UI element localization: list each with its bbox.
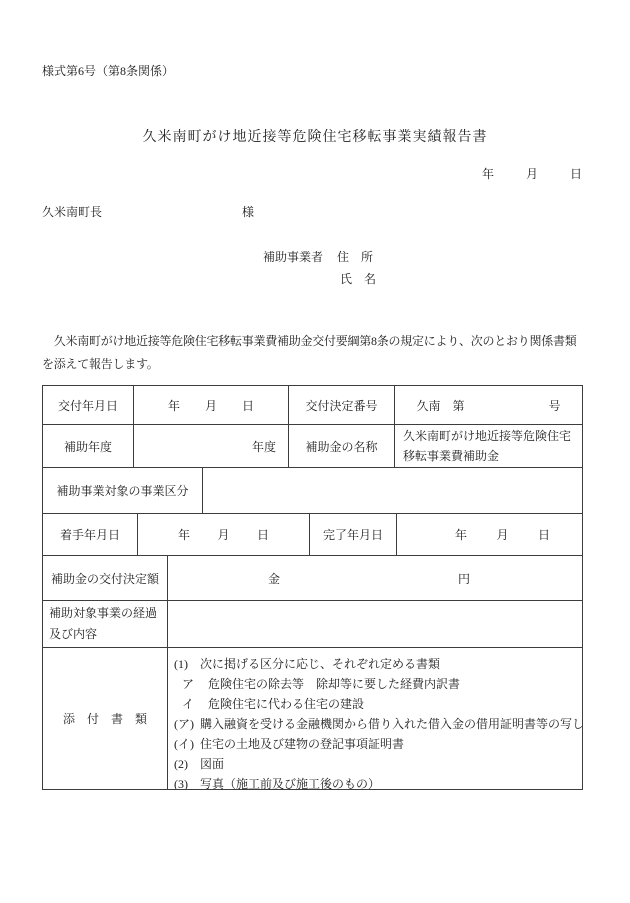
body-paragraph-line1: 久米南町がけ地近接等危険住宅移転事業費補助金交付要綱第8条の規定により、次のとお…	[42, 330, 587, 353]
year-unit: 年	[455, 526, 467, 543]
attachment-marker: イ	[182, 694, 208, 714]
month-unit: 月	[496, 526, 508, 543]
day-unit: 日	[242, 397, 254, 414]
decision-number-value: 久南 第 号	[394, 386, 582, 424]
body-paragraph: 久米南町がけ地近接等危険住宅移転事業費補助金交付要綱第8条の規定により、次のとお…	[42, 330, 587, 376]
attachment-text: 図面	[200, 757, 224, 771]
attachment-marker: (ア)	[174, 714, 200, 734]
month-unit: 月	[217, 526, 229, 543]
attachment-text: 危険住宅に代わる住宅の建設	[208, 697, 364, 711]
completion-date-value: 年 月 日	[396, 514, 582, 555]
attachment-text: 住宅の土地及び建物の登記事項証明書	[200, 737, 404, 751]
addressee-honorific: 様	[242, 203, 254, 220]
attachment-item: ア危険住宅の除去等 除却等に要した経費内訳書	[182, 674, 582, 694]
issue-date-value: 年 月 日	[133, 386, 288, 424]
month-unit: 月	[205, 397, 217, 414]
fiscal-year-value: 年度	[133, 425, 288, 467]
decision-number-label: 交付決定番号	[288, 386, 394, 424]
form-number: 様式第6号（第8条関係）	[42, 62, 174, 79]
attachment-text: 次に掲げる区分に応じ、それぞれ定める書類	[200, 657, 440, 671]
attachments-label: 添 付 書 類	[43, 648, 167, 789]
grant-amount-value: 金 円	[167, 556, 582, 600]
table-row-grant-amount: 補助金の交付決定額 金 円	[43, 555, 582, 600]
subsidy-name-text: 久米南町がけ地近接等危険住宅移転事業費補助金	[403, 426, 574, 466]
year-unit: 年	[168, 397, 180, 414]
attachment-text: 危険住宅の除去等 除却等に要した経費内訳書	[208, 677, 460, 691]
table-row-fiscal-year: 補助年度 年度 補助金の名称 久米南町がけ地近接等危険住宅移転事業費補助金	[43, 424, 582, 467]
amount-suffix: 円	[458, 570, 470, 587]
report-table: 交付年月日 年 月 日 交付決定番号 久南 第 号 補助年度 年度 補助金の名称…	[42, 385, 583, 790]
body-paragraph-line2: を添えて報告します。	[42, 353, 587, 376]
attachments-list: (1)次に掲げる区分に応じ、それぞれ定める書類 ア危険住宅の除去等 除却等に要し…	[167, 648, 582, 789]
progress-label: 補助対象事業の経過及び内容	[43, 601, 167, 647]
document-title: 久米南町がけ地近接等危険住宅移転事業実績報告書	[0, 126, 630, 146]
table-row-project-category: 補助事業対象の事業区分	[43, 467, 582, 513]
attachment-item: (ア)購入融資を受ける金融機関から借り入れた借入金の借用証明書等の写し	[174, 714, 582, 734]
progress-label-text: 補助対象事業の経過及び内容	[49, 603, 163, 645]
document-page: 様式第6号（第8条関係） 久米南町がけ地近接等危険住宅移転事業実績報告書 年 月…	[0, 0, 630, 903]
date-month-label: 月	[526, 165, 538, 182]
start-date-value: 年 月 日	[137, 514, 309, 555]
applicant-label: 補助事業者	[263, 246, 323, 268]
progress-value	[167, 601, 582, 647]
issue-date-label: 交付年月日	[43, 386, 133, 424]
attachment-item: イ危険住宅に代わる住宅の建設	[182, 694, 582, 714]
start-date-label: 着手年月日	[43, 514, 137, 555]
applicant-block: 補助事業者 住 所 氏 名	[263, 246, 376, 290]
attachment-marker: ア	[182, 674, 208, 694]
attachment-item: (3)写真（施工前及び施工後のもの）	[174, 774, 582, 789]
day-unit: 日	[538, 526, 550, 543]
project-category-label: 補助事業対象の事業区分	[43, 468, 202, 513]
attachment-marker: (2)	[174, 754, 200, 774]
addressee-name: 久米南町長	[42, 203, 102, 220]
subsidy-name-label: 補助金の名称	[288, 425, 394, 467]
subsidy-name-value: 久米南町がけ地近接等危険住宅移転事業費補助金	[394, 425, 582, 467]
attachment-text: 写真（施工前及び施工後のもの）	[200, 777, 380, 789]
attachment-item: (1)次に掲げる区分に応じ、それぞれ定める書類	[174, 654, 582, 674]
table-row-attachments: 添 付 書 類 (1)次に掲げる区分に応じ、それぞれ定める書類 ア危険住宅の除去…	[43, 647, 582, 789]
attachment-marker: (1)	[174, 654, 200, 674]
addressee-line: 久米南町長 様	[42, 203, 254, 220]
year-unit: 年	[178, 526, 190, 543]
grant-amount-label: 補助金の交付決定額	[43, 556, 167, 600]
attachment-text: 購入融資を受ける金融機関から借り入れた借入金の借用証明書等の写し	[200, 717, 582, 731]
attachment-item: (2)図面	[174, 754, 582, 774]
table-row-progress: 補助対象事業の経過及び内容	[43, 600, 582, 647]
attachment-marker: (3)	[174, 774, 200, 789]
day-unit: 日	[257, 526, 269, 543]
amount-prefix: 金	[268, 570, 280, 587]
attachment-item: (イ)住宅の土地及び建物の登記事項証明書	[174, 734, 582, 754]
applicant-name-label: 氏 名	[340, 272, 376, 286]
table-row-start-completion: 着手年月日 年 月 日 完了年月日 年 月 日	[43, 513, 582, 555]
document-date-line: 年 月 日	[482, 165, 582, 182]
date-year-label: 年	[482, 165, 494, 182]
applicant-address-label: 住 所	[337, 246, 373, 268]
date-day-label: 日	[570, 165, 582, 182]
table-row-issue-date: 交付年月日 年 月 日 交付決定番号 久南 第 号	[43, 386, 582, 424]
project-category-value	[202, 468, 582, 513]
attachment-marker: (イ)	[174, 734, 200, 754]
completion-date-label: 完了年月日	[309, 514, 396, 555]
fiscal-year-label: 補助年度	[43, 425, 133, 467]
